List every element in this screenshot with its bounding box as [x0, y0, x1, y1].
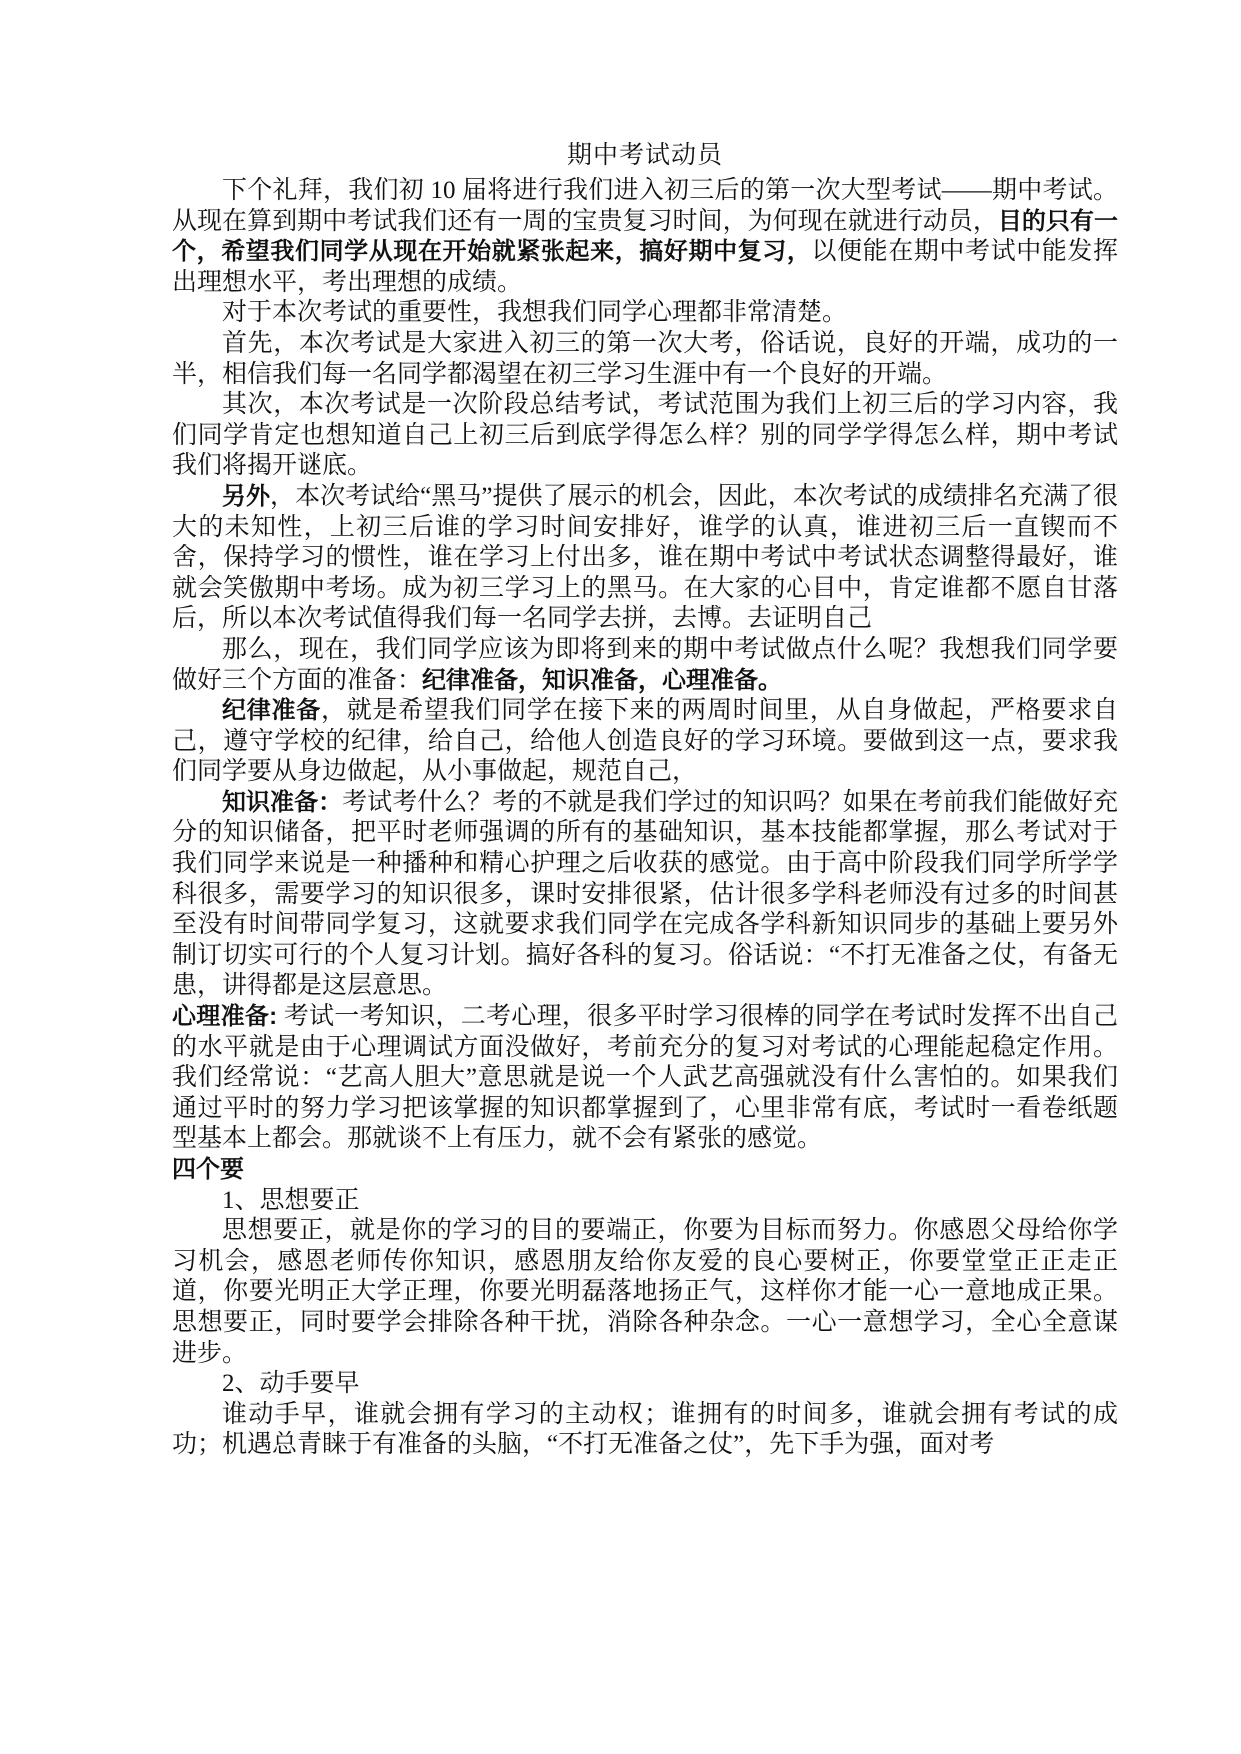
paragraph: 其次，本次考试是一次阶段总结考试，考试范围为我们上初三后的学习内容，我们同学肯定…	[172, 390, 1118, 482]
paragraph: 2、动手要早	[172, 1369, 1118, 1400]
document-body: 下个礼拜，我们初 10 届将进行我们进入初三后的第一次大型考试——期中考试。从现…	[172, 176, 1118, 1461]
text-run: 首先，本次考试是大家进入初三的第一次大考，俗话说，良好的开端，成功的一半，相信我…	[172, 330, 1118, 388]
text-run: 谁动手早，谁就会拥有学习的主动权；谁拥有的时间多，谁就会拥有考试的成功；机遇总青…	[172, 1401, 1118, 1459]
bold-text-run: 四个要	[172, 1156, 244, 1183]
paragraph: 心理准备: 考试一考知识，二考心理，很多平时学习很棒的同学在考试时发挥不出自己的…	[172, 1002, 1118, 1155]
paragraph: 下个礼拜，我们初 10 届将进行我们进入初三后的第一次大型考试——期中考试。从现…	[172, 176, 1118, 298]
paragraph: 另外，本次考试给“黑马”提供了展示的机会，因此，本次考试的成绩排名充满了很大的未…	[172, 482, 1118, 635]
bold-text-run: 另外	[222, 483, 270, 510]
bold-text-run: 心理准备:	[172, 1003, 277, 1030]
document-page: 期中考试动员 下个礼拜，我们初 10 届将进行我们进入初三后的第一次大型考试——…	[0, 0, 1241, 1754]
text-run: ，本次考试给“黑马”提供了展示的机会，因此，本次考试的成绩排名充满了很大的未知性…	[172, 483, 1118, 632]
text-run: 思想要正，就是你的学习的目的要端正，你要为目标而努力。你感恩父母给你学习机会，感…	[172, 1217, 1118, 1366]
text-run: 2、动手要早	[222, 1370, 360, 1397]
text-run: 1、思想要正	[222, 1187, 360, 1214]
document-content: 期中考试动员 下个礼拜，我们初 10 届将进行我们进入初三后的第一次大型考试——…	[172, 140, 1118, 1461]
paragraph: 思想要正，就是你的学习的目的要端正，你要为目标而努力。你感恩父母给你学习机会，感…	[172, 1216, 1118, 1369]
text-run: 对于本次考试的重要性，我想我们同学心理都非常清楚。	[222, 299, 847, 326]
bold-text-run: 纪律准备，知识准备，心理准备。	[422, 667, 782, 694]
bold-text-run: 知识准备：	[222, 789, 342, 816]
paragraph: 谁动手早，谁就会拥有学习的主动权；谁拥有的时间多，谁就会拥有考试的成功；机遇总青…	[172, 1400, 1118, 1461]
bold-text-run: 纪律准备	[222, 697, 321, 724]
paragraph: 那么，现在，我们同学应该为即将到来的期中考试做点什么呢？我想我们同学要做好三个方…	[172, 635, 1118, 696]
text-run: 考试一考知识，二考心理，很多平时学习很棒的同学在考试时发挥不出自己的水平就是由于…	[172, 1003, 1118, 1152]
text-run: 下个礼拜，我们初 10 届将进行我们进入初三后的第一次大型考试——期中考试。从现…	[172, 177, 1118, 235]
paragraph: 对于本次考试的重要性，我想我们同学心理都非常清楚。	[172, 298, 1118, 329]
text-run: 考试考什么？考的不就是我们学过的知识吗？如果在考前我们能做好充分的知识储备，把平…	[172, 789, 1118, 1000]
paragraph: 知识准备：考试考什么？考的不就是我们学过的知识吗？如果在考前我们能做好充分的知识…	[172, 788, 1118, 1002]
paragraph: 四个要	[172, 1155, 1118, 1186]
text-run: 其次，本次考试是一次阶段总结考试，考试范围为我们上初三后的学习内容，我们同学肯定…	[172, 391, 1118, 479]
paragraph: 1、思想要正	[172, 1186, 1118, 1217]
paragraph: 纪律准备，就是希望我们同学在接下来的两周时间里，从自身做起，严格要求自己，遵守学…	[172, 696, 1118, 788]
document-title: 期中考试动员	[172, 140, 1118, 172]
paragraph: 首先，本次考试是大家进入初三的第一次大考，俗话说，良好的开端，成功的一半，相信我…	[172, 329, 1118, 390]
